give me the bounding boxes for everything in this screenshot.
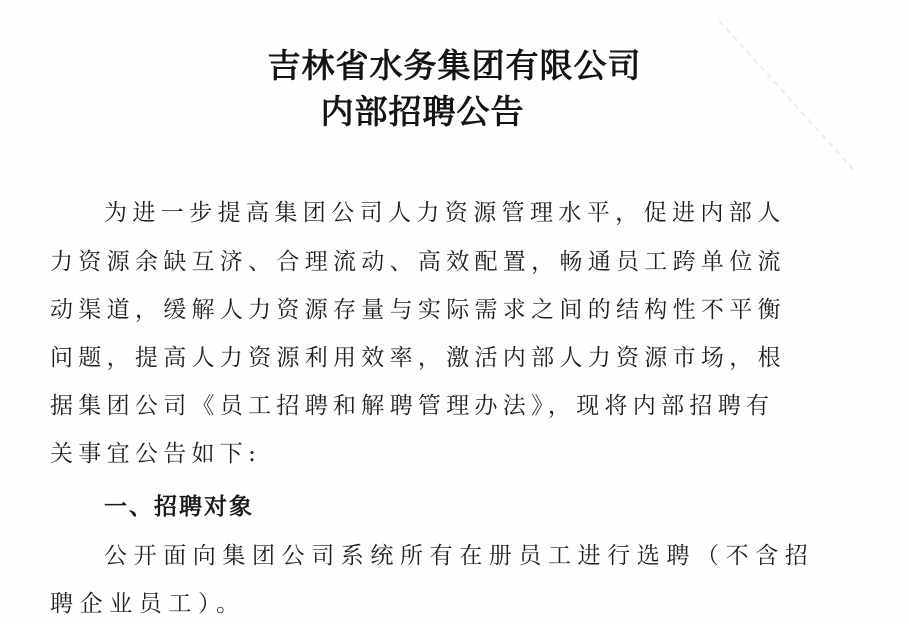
- document-title-line-2: 内部招聘公告: [0, 86, 877, 133]
- intro-paragraph-line: 为进一步提高集团公司人力资源管理水平，促进内部人: [104, 197, 844, 229]
- intro-paragraph-line: 关事宜公告如下:: [50, 438, 790, 470]
- document-page: 吉林省水务集团有限公司 内部招聘公告 为进一步提高集团公司人力资源管理水平，促进…: [0, 0, 909, 624]
- intro-paragraph-line: 问题，提高人力资源利用效率，激活内部人力资源市场，根: [50, 342, 790, 374]
- section-body-line: 聘企业员工）。: [50, 588, 790, 620]
- section-body-line: 公开面向集团公司系统所有在册员工进行选聘（不含招: [104, 540, 844, 572]
- intro-paragraph-line: 力资源余缺互济、合理流动、高效配置，畅通员工跨单位流: [50, 246, 790, 278]
- section-heading: 一、招聘对象: [104, 491, 254, 523]
- intro-paragraph-line: 据集团公司《员工招聘和解聘管理办法》，现将内部招聘有: [50, 390, 790, 422]
- intro-paragraph-line: 动渠道，缓解人力资源存量与实际需求之间的结构性不平衡: [50, 294, 790, 326]
- document-title-line-1: 吉林省水务集团有限公司: [0, 40, 909, 87]
